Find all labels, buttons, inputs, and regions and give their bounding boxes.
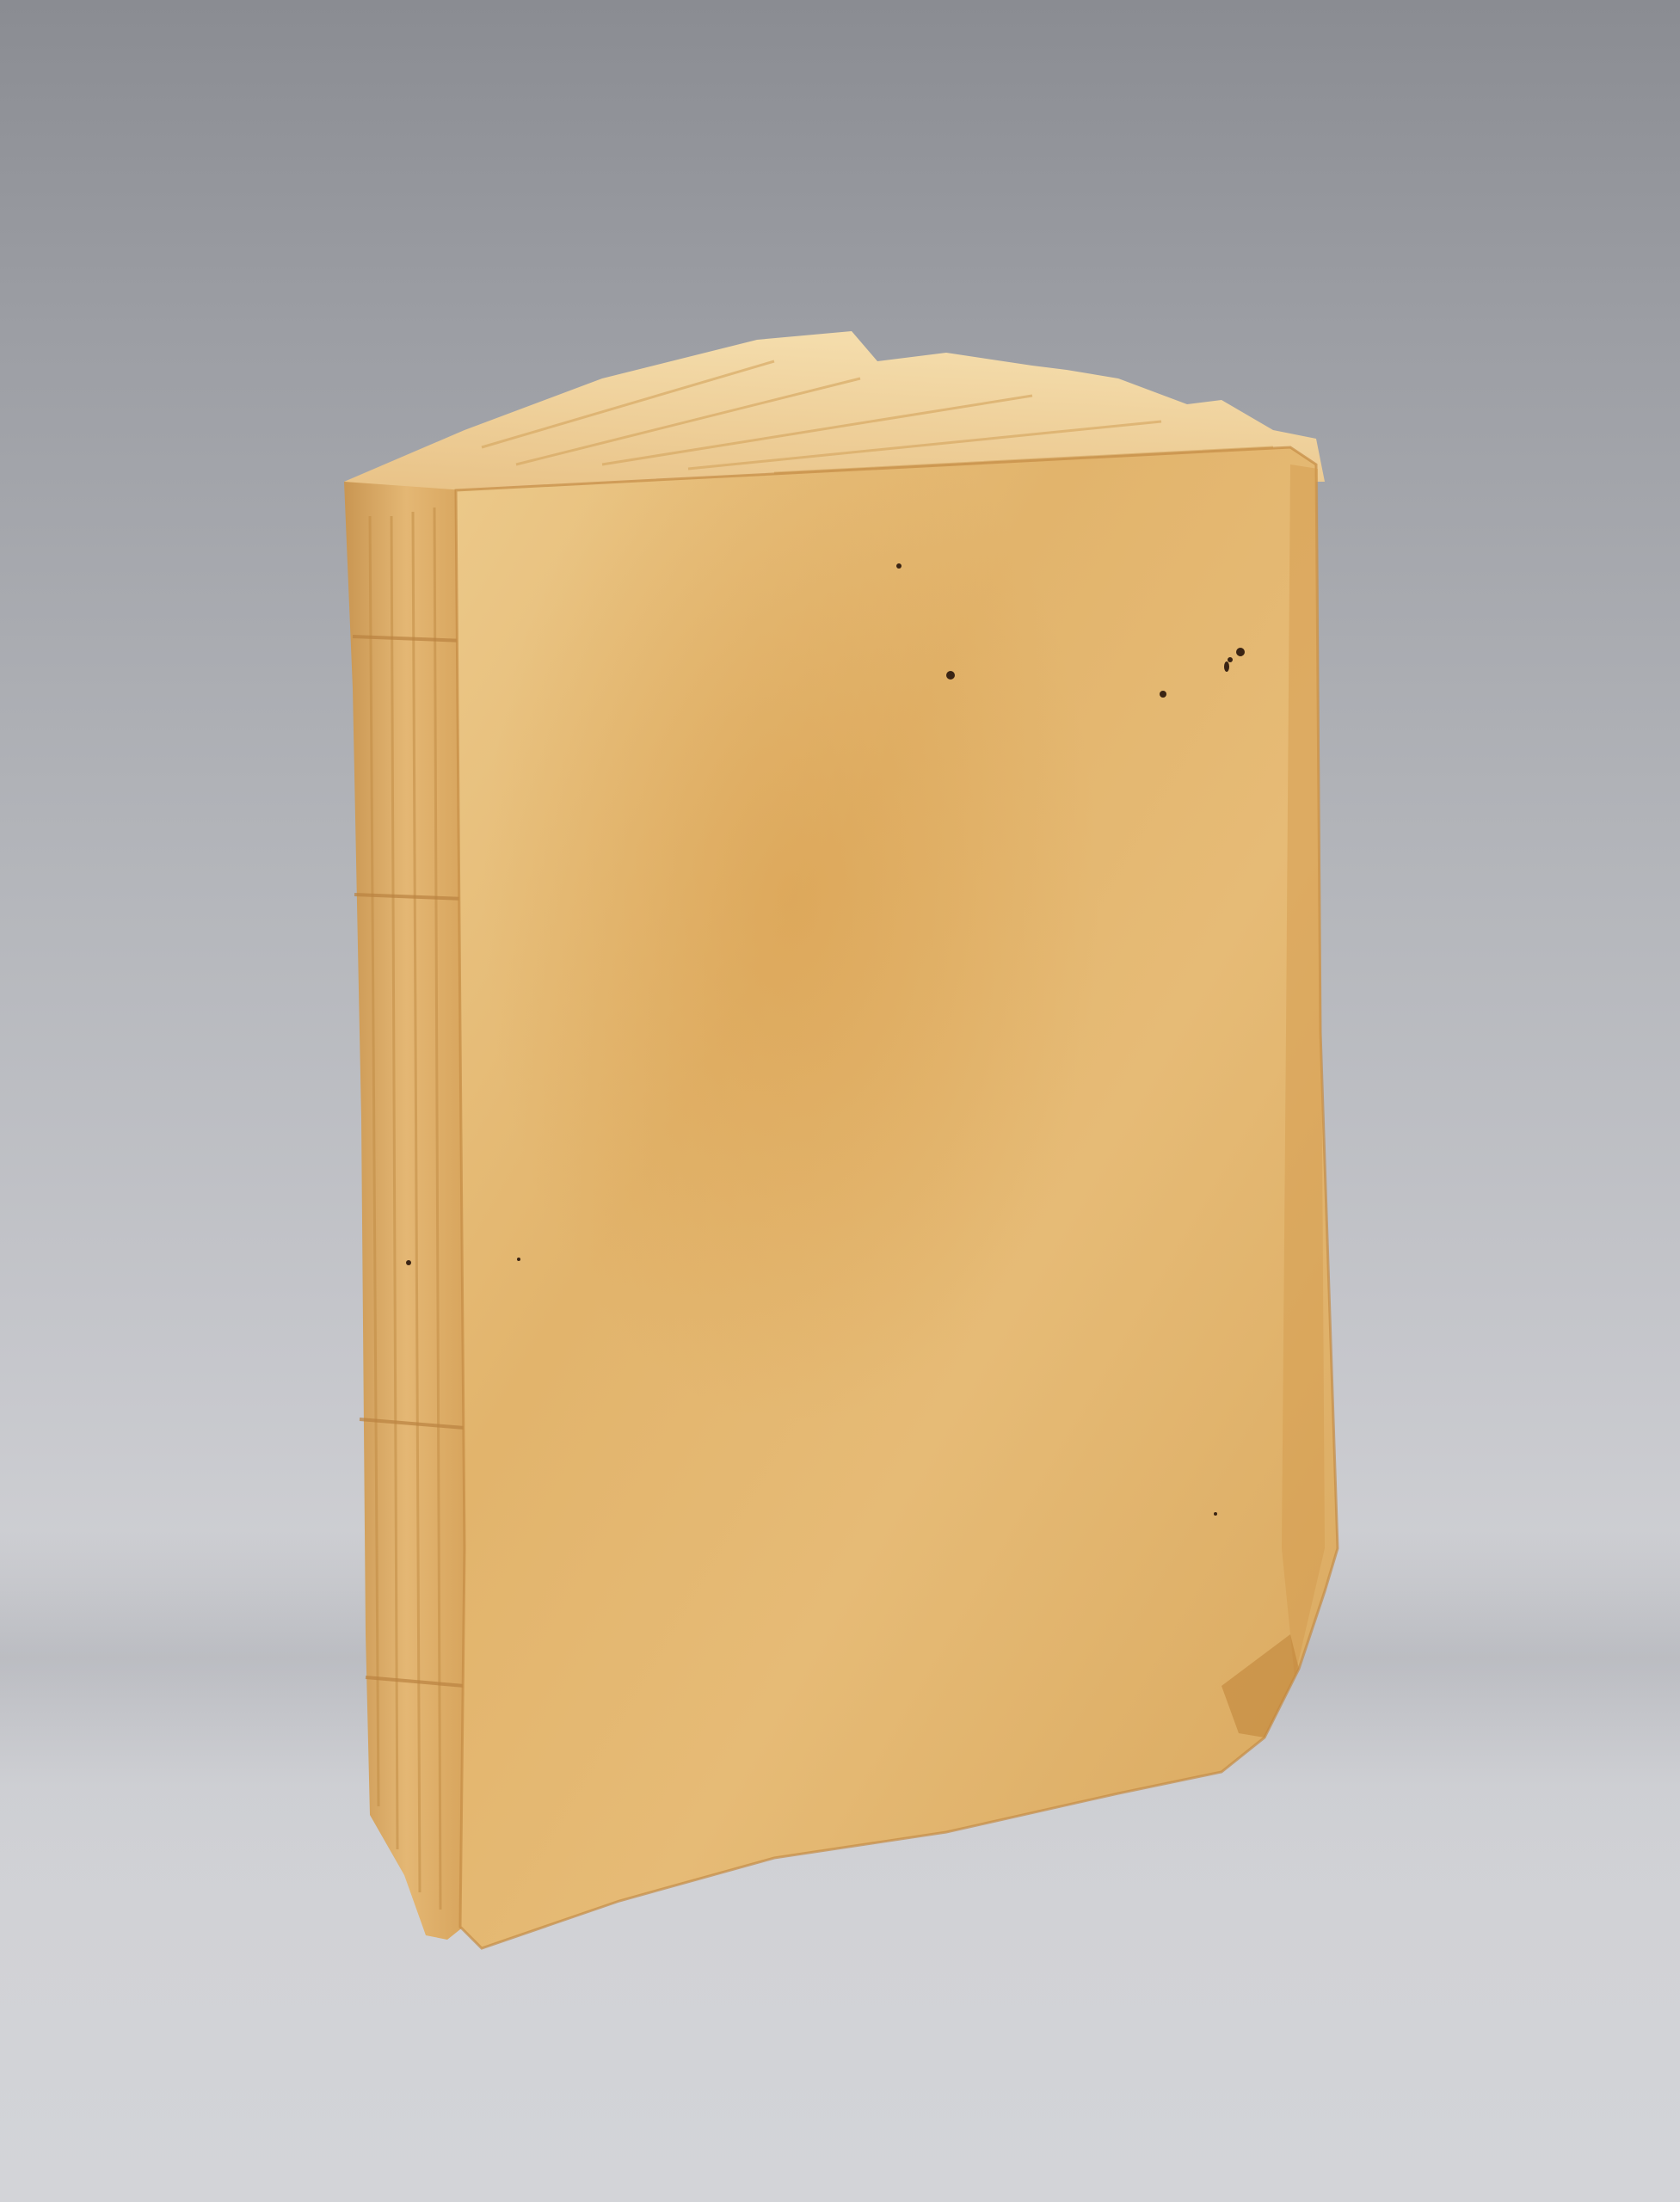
book-spine bbox=[344, 482, 469, 1940]
antique-book bbox=[0, 0, 1680, 2202]
front-cover bbox=[456, 447, 1338, 1948]
